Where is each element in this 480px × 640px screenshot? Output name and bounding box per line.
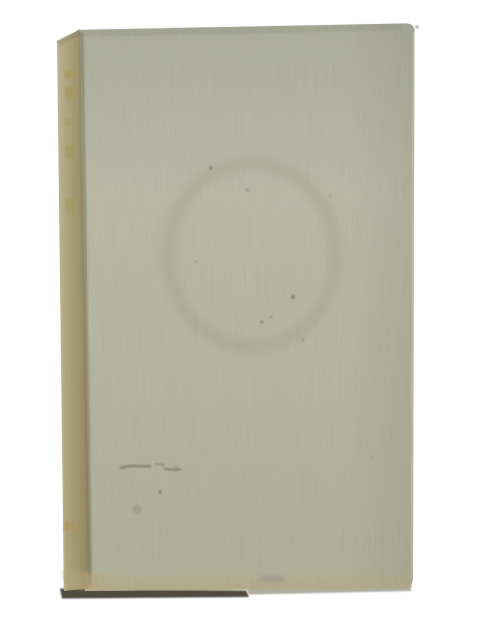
photo-canvas xyxy=(0,0,480,640)
corner-speck xyxy=(415,25,418,28)
cloth-weave-texture xyxy=(57,23,415,591)
book-photograph xyxy=(0,0,480,640)
